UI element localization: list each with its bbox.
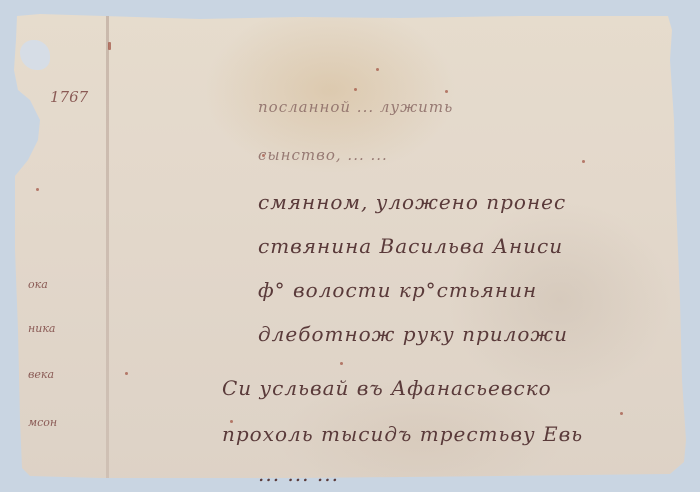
text-line-7: Си усльвай въ Афанасьевско (222, 376, 552, 400)
foxing-spot (376, 68, 379, 71)
text-line-8: прохоль тысидъ трестьву Евь (222, 422, 583, 446)
foxing-spot (582, 160, 585, 163)
margin-note: ника (28, 322, 55, 335)
foxing-spot (445, 90, 448, 93)
text-line-3: смянном, уложено пронес (258, 190, 566, 214)
text-line-2: сынство, ... ... (258, 146, 388, 164)
text-line-6: длеботнож руку приложи (258, 322, 568, 346)
foxing-spot (340, 362, 343, 365)
margin-note: века (28, 368, 54, 381)
text-line-1: посланной ... лужить (258, 98, 453, 116)
text-line-5: ф° волости кр°стьянин (258, 278, 537, 302)
text-line-4: ствянина Васильва Аниси (258, 234, 563, 258)
foxing-spot (262, 154, 265, 157)
text-line-9: ... ... ... (258, 462, 339, 486)
margin-note: ока (28, 278, 48, 291)
margin-note-year: 1767 (50, 88, 88, 106)
foxing-spot (354, 88, 357, 91)
foxing-spot (125, 372, 128, 375)
foxing-spot (230, 420, 233, 423)
ink-mark (108, 42, 111, 50)
foxing-spot (620, 412, 623, 415)
foxing-spot (36, 188, 39, 191)
margin-fold-line (106, 16, 109, 478)
margin-note: мсон (28, 416, 57, 429)
